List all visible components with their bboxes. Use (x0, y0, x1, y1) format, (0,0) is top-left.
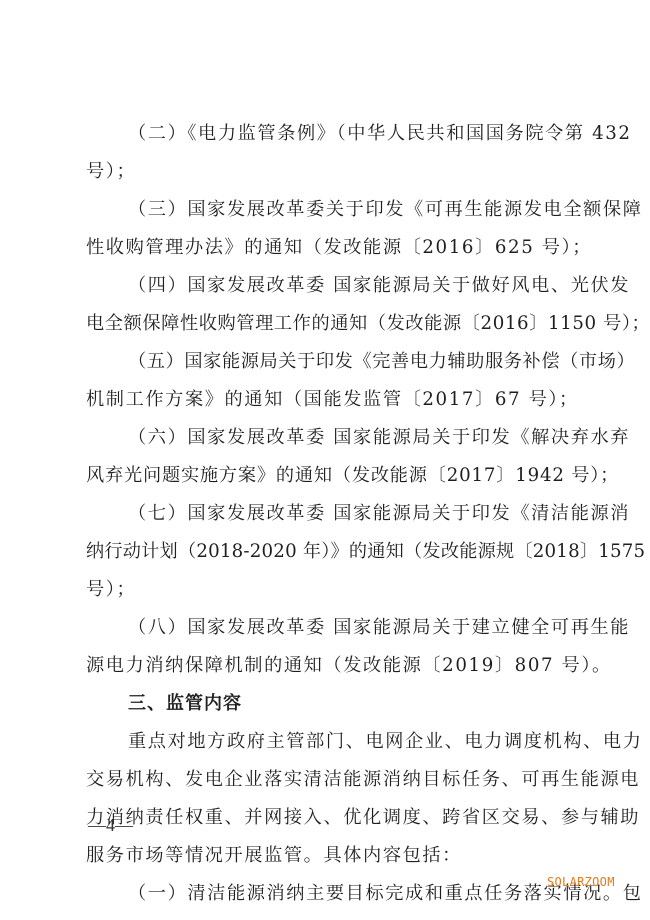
reference-item-7-line-3: 号）； (86, 578, 570, 602)
reference-item-3-line-1: （三）国家发展改革委关于印发《可再生能源发电全额保障 (128, 198, 570, 222)
body-line-5: （一）清洁能源消纳主要目标完成和重点任务落实情况。包 (128, 882, 570, 906)
reference-item-4-line-2: 电全额保障性收购管理工作的通知（发改能源〔2016〕1150 号）； (86, 312, 570, 336)
reference-item-8-line-1: （八）国家发展改革委 国家能源局关于建立健全可再生能 (128, 616, 570, 640)
reference-item-5-line-1: （五）国家能源局关于印发《完善电力辅助服务补偿（市场） (128, 350, 570, 374)
reference-item-2-line-2: 号）； (86, 160, 570, 184)
body-line-2: 交易机构、发电企业落实清洁能源消纳目标任务、可再生能源电 (86, 768, 570, 792)
reference-item-2-line-1: （二）《电力监管条例》（中华人民共和国国务院令第 432 (128, 122, 570, 146)
body-line-3: 力消纳责任权重、并网接入、优化调度、跨省区交易、参与辅助 (86, 806, 570, 830)
reference-item-7-line-2: 纳行动计划（2018-2020 年）》的通知（发改能源规〔2018〕1575 (86, 540, 570, 564)
reference-item-7-line-1: （七）国家发展改革委 国家能源局关于印发《清洁能源消 (128, 502, 570, 526)
section-heading: 三、监管内容 (128, 692, 242, 716)
reference-item-8-line-2: 源电力消纳保障机制的通知（发改能源〔2019〕807 号）。 (86, 654, 570, 678)
reference-item-4-line-1: （四）国家发展改革委 国家能源局关于做好风电、光伏发 (128, 274, 570, 298)
reference-item-6-line-1: （六）国家发展改革委 国家能源局关于印发《解决弃水弃 (128, 426, 570, 450)
body-line-4: 服务市场等情况开展监管。具体内容包括： (86, 844, 570, 868)
page-number: —4— (88, 815, 133, 836)
document-page: （二）《电力监管条例》（中华人民共和国国务院令第 432 号）； （三）国家发展… (0, 0, 650, 920)
reference-item-6-line-2: 风弃光问题实施方案》的通知（发改能源〔2017〕1942 号）； (86, 464, 570, 488)
reference-item-5-line-2: 机制工作方案》的通知（国能发监管〔2017〕67 号）； (86, 388, 570, 412)
watermark-logo: SOLARZOOM (547, 875, 615, 889)
body-line-1: 重点对地方政府主管部门、电网企业、电力调度机构、电力 (128, 730, 570, 754)
reference-item-3-line-2: 性收购管理办法》的通知（发改能源〔2016〕625 号）； (86, 236, 570, 260)
